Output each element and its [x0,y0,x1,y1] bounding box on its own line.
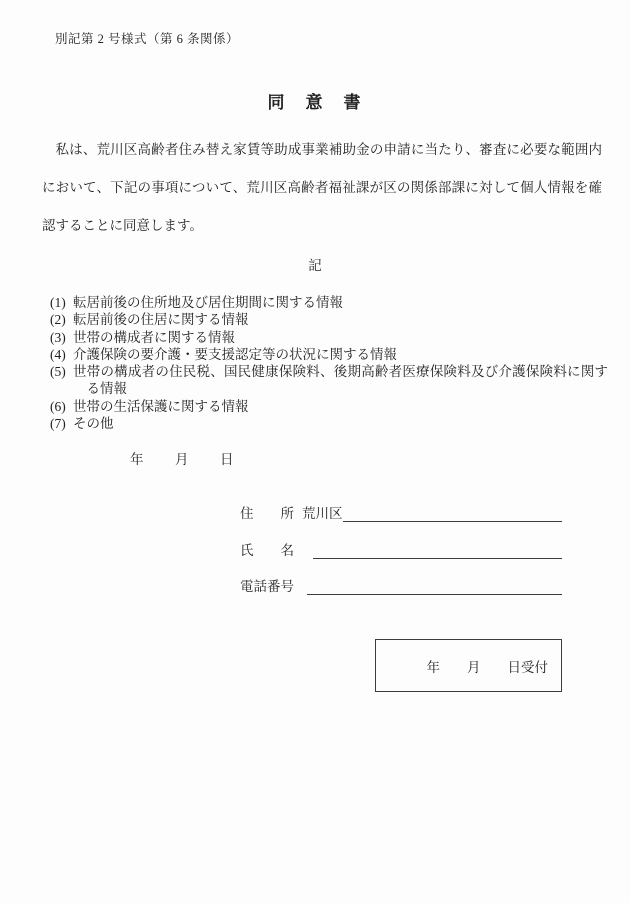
list-item: (3) 世帯の構成者に関する情報 [50,329,608,346]
consent-paragraph: 私は、荒川区高齢者住み替え家賃等助成事業補助金の申請に当たり、審査に必要な範囲内… [42,131,602,245]
item-number: (2) [50,311,73,328]
section-marker-ki: 記 [0,254,630,274]
list-item: (4) 介護保険の要介護・要支援認定等の状況に関する情報 [50,346,608,363]
list-item: (1) 転居前後の住所地及び居住期間に関する情報 [50,294,608,311]
item-number: (7) [50,415,73,432]
item-text: 転居前後の住所地及び居住期間に関する情報 [73,294,608,311]
document-page: 別記第 2 号様式（第 6 条関係） 同 意 書 私は、荒川区高齢者住み替え家賃… [0,0,630,903]
item-text: 世帯の生活保護に関する情報 [73,398,608,415]
consent-date-line: 年 月 日 [130,448,235,468]
list-item: (2) 転居前後の住居に関する情報 [50,311,608,328]
item-number: (5) [50,363,73,398]
item-text: 介護保険の要介護・要支援認定等の状況に関する情報 [73,346,608,363]
receipt-date-text: 年 月 日受付 [427,656,549,676]
information-items-list: (1) 転居前後の住所地及び居住期間に関する情報 (2) 転居前後の住居に関する… [50,294,608,432]
address-label: 住 所 [240,502,294,522]
form-number: 別記第 2 号様式（第 6 条関係） [55,29,239,47]
phone-row: 電話番号 [240,573,562,595]
item-text: 世帯の構成者の住民税、国民健康保険料、後期高齢者医療保険料及び介護保険料に関する… [73,363,608,398]
document-title: 同 意 書 [0,88,630,113]
address-prefix: 荒川区 [302,502,343,522]
list-item: (6) 世帯の生活保護に関する情報 [50,398,608,415]
list-item: (7) その他 [50,415,608,432]
phone-fill-line[interactable] [307,577,562,595]
phone-label: 電話番号 [240,575,294,595]
item-text: 転居前後の住居に関する情報 [73,311,608,328]
item-number: (3) [50,329,73,346]
item-text: 世帯の構成者に関する情報 [73,329,608,346]
name-fill-line[interactable] [313,541,562,559]
list-item: (5) 世帯の構成者の住民税、国民健康保険料、後期高齢者医療保険料及び介護保険料… [50,363,608,398]
item-text: その他 [73,415,608,432]
item-number: (4) [50,346,73,363]
item-number: (6) [50,398,73,415]
address-row: 住 所 荒川区 [240,500,562,522]
name-label: 氏 名 [240,539,294,559]
address-fill-line[interactable] [343,504,563,522]
item-number: (1) [50,294,73,311]
receipt-stamp-box: 年 月 日受付 [375,639,562,692]
name-row: 氏 名 [240,537,562,559]
